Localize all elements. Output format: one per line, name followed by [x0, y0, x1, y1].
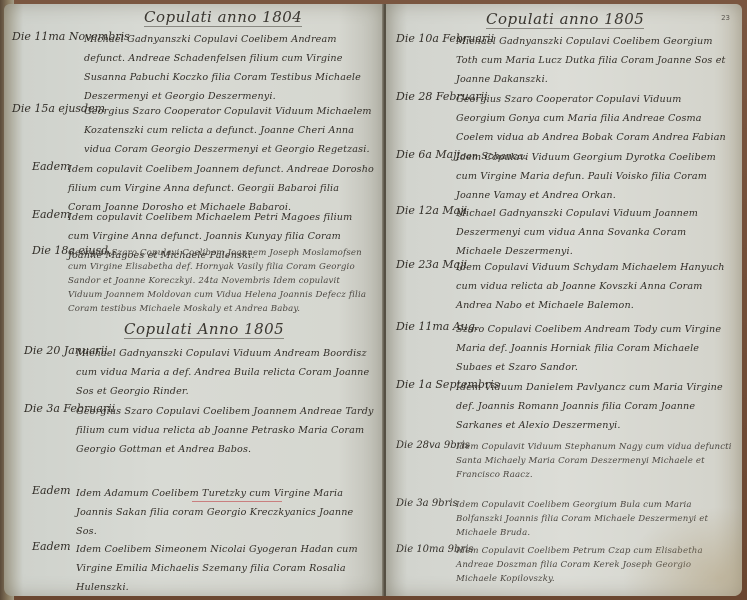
entry-date: Eadem [32, 540, 71, 553]
entry-text: Idem Coelibem Simeonem Nicolai Gyogeran … [76, 540, 374, 596]
entry-text: Michael Gadnyanszki Copulavi Coelibem Ge… [456, 32, 734, 89]
entry-date: Eadem [32, 160, 71, 173]
right-page: 23 Copulati anno 1805 Die 10a Februarii … [386, 4, 742, 596]
left-page-heading: Copulati anno 1804 [144, 8, 302, 27]
entry-date: Eadem [32, 208, 71, 221]
entry-text: Michael Gadnyanszki Copulavi Viduum Andr… [76, 344, 374, 401]
entry-text: Michael Gadnyanszki Copulavi Coelibem An… [84, 30, 374, 106]
entry-text: Georgius Szaro Copulavi Coelibem Joannem… [68, 246, 374, 316]
entry-text: Michael Gadnyanszki Copulavi Viduum Joan… [456, 204, 734, 261]
page-number: 23 [721, 14, 730, 22]
entry-text: Idem Viduum Danielem Pavlyancz cum Maria… [456, 378, 734, 435]
open-register-book: Copulati anno 1804 Die 11ma Novembris Mi… [0, 0, 747, 600]
right-page-heading: Copulati anno 1805 [486, 10, 644, 29]
entry-text: Georgius Szaro Cooperator Copulavit Vidu… [84, 102, 374, 159]
entry-date: Die 6a Maji [396, 148, 460, 161]
entry-date: Die 3a 9bris [396, 498, 458, 509]
red-underline-mark [192, 501, 282, 502]
entry-date: Eadem [32, 484, 71, 497]
entry-text: Georgius Szaro Copulavi Coelibem Joannem… [76, 402, 374, 459]
entry-text: Idem Adamum Coelibem Turetzky cum Virgin… [76, 484, 374, 541]
entry-text: Idem Copulavit Viduum Stephanum Nagy cum… [456, 440, 734, 482]
entry-text: Idem Copulavi Viduum Schydam Michaelem H… [456, 258, 734, 315]
entry-text: Idem Copulavi Viduum Georgium Dyrotka Co… [456, 148, 734, 205]
left-page: Copulati anno 1804 Die 11ma Novembris Mi… [4, 4, 384, 596]
entry-text: Szaro Copulavi Coelibem Andream Tody cum… [456, 320, 734, 377]
water-stain [622, 506, 742, 596]
left-page-subheading: Copulati Anno 1805 [124, 320, 284, 339]
